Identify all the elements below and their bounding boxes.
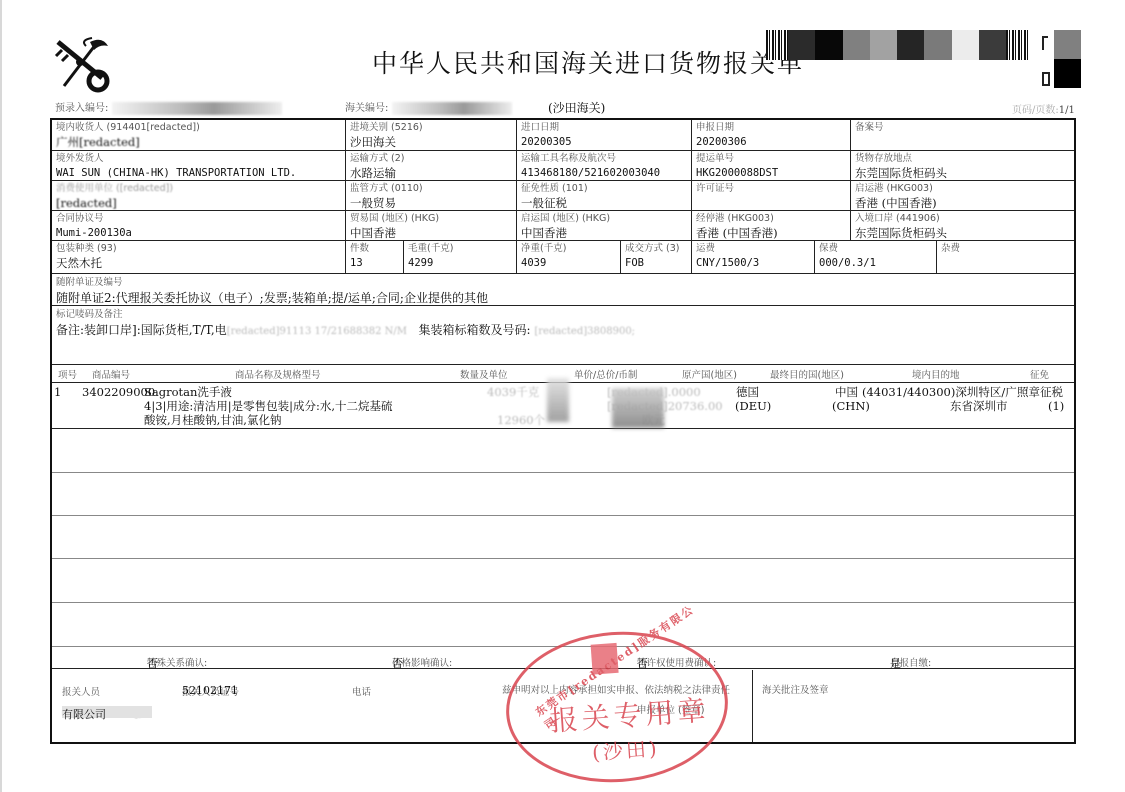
field-levy-nature: 征免性质 (101) 一般征税 [517,181,692,211]
field-departure-port: 启运港 (HKG003) 香港 (中国香港) [851,181,1074,211]
field-record-no: 备案号 [851,120,1074,151]
page-number: 页码/页数:1/1 [1012,101,1075,116]
field-entry-customs: 进境关别 (5216) 沙田海关 [346,120,517,151]
page-edge [0,0,2,792]
customs-number: 海关编号: [345,99,512,115]
declarant-label: 报关人员 [62,684,100,698]
qr-code [1040,30,1085,88]
field-license-no: 许可证号 [692,181,851,211]
declaration-form: 境内收货人 (914401[redacted]) 广州[redacted] 进境… [50,118,1076,744]
marks-and-remarks: 标记唛码及备注 备注:装卸口岸]:国际货柜,T/T,电[redacted]911… [52,306,1074,365]
empty-item-row [52,473,1074,516]
field-trade-terms: 成交方式 (3) FOB [621,241,692,274]
field-freight: 运费 CNY/1500/3 [692,241,815,274]
confirmations-row: 特殊关系确认:否 价格影响确认:否 特许权使用费确认:否 自报自缴:是 [52,647,1074,669]
field-contract-no: 合同协议号 Mumi-200130a [52,211,346,241]
field-misc-fee: 杂费 [937,241,1074,274]
field-import-date: 进口日期 20200305 [517,120,692,151]
field-transit-port: 经停港 (HKG003) 香港 (中国香港) [692,211,851,241]
phone-label: 电话 [352,684,371,698]
field-vessel-voyage: 运输工具名称及航次号 413468180/521602003040 [517,151,692,181]
field-insurance: 保费 000/0.3/1 [815,241,937,274]
field-supervision-mode: 监管方式 (0110) 一般贸易 [346,181,517,211]
customs-office-name: (沙田海关) [548,99,605,116]
customs-emblem-icon [50,36,112,94]
field-entry-port: 入境口岸 (441906) 东莞国际货柜码头 [851,211,1074,241]
field-origin-country: 启运国 (地区) (HKG) 中国香港 [517,211,692,241]
field-trade-country: 贸易国 (地区) (HKG) 中国香港 [346,211,517,241]
empty-item-row [52,516,1074,559]
barcode [766,30,1028,60]
field-declare-date: 申报日期 20200306 [692,120,851,151]
attached-documents: 随附单证及编号 随附单证2:代理报关委托协议（电子）;发票;装箱单;提/运单;合… [52,274,1074,306]
field-pieces: 件数 13 [346,241,404,274]
document-title: 中华人民共和国海关进口货物报关单 [372,44,804,80]
field-transport-mode: 运输方式 (2) 水路运输 [346,151,517,181]
declare-unit-seal-label: 申报单位 (签章) [637,702,704,716]
empty-item-row [52,430,1074,473]
field-consignee: 境内收货人 (914401[redacted]) 广州[redacted] [52,120,346,151]
declaration-statement: 兹申明对以上内容承担如实申报、依法纳税之法律责任 [502,682,730,696]
field-gross-weight: 毛重(千克) 4299 [404,241,517,274]
pre-entry-number: 预录入编号: [55,99,282,115]
field-net-weight: 净重(千克) 4039 [517,241,621,274]
field-consignor: 境外发货人 WAI SUN (CHINA-HK) TRANSPORTATION … [52,151,346,181]
field-consumer-unit: 消费使用单位 ([redacted]) [redacted] [52,181,346,211]
empty-item-row [52,559,1074,603]
field-package-type: 包装种类 (93) 天然木托 [52,241,346,274]
empty-item-row [52,603,1074,647]
customs-approval-label: 海关批注及签章 [762,682,829,696]
declaration-footer: 报关人员 报关人员证号52102171 电话 兹申明对以上内容承担如实申报、依法… [52,670,1074,742]
field-storage-place: 货物存放地点 东莞国际货柜码头 [851,151,1074,181]
field-bill-of-lading: 提运单号 HKG2000088DST [692,151,851,181]
